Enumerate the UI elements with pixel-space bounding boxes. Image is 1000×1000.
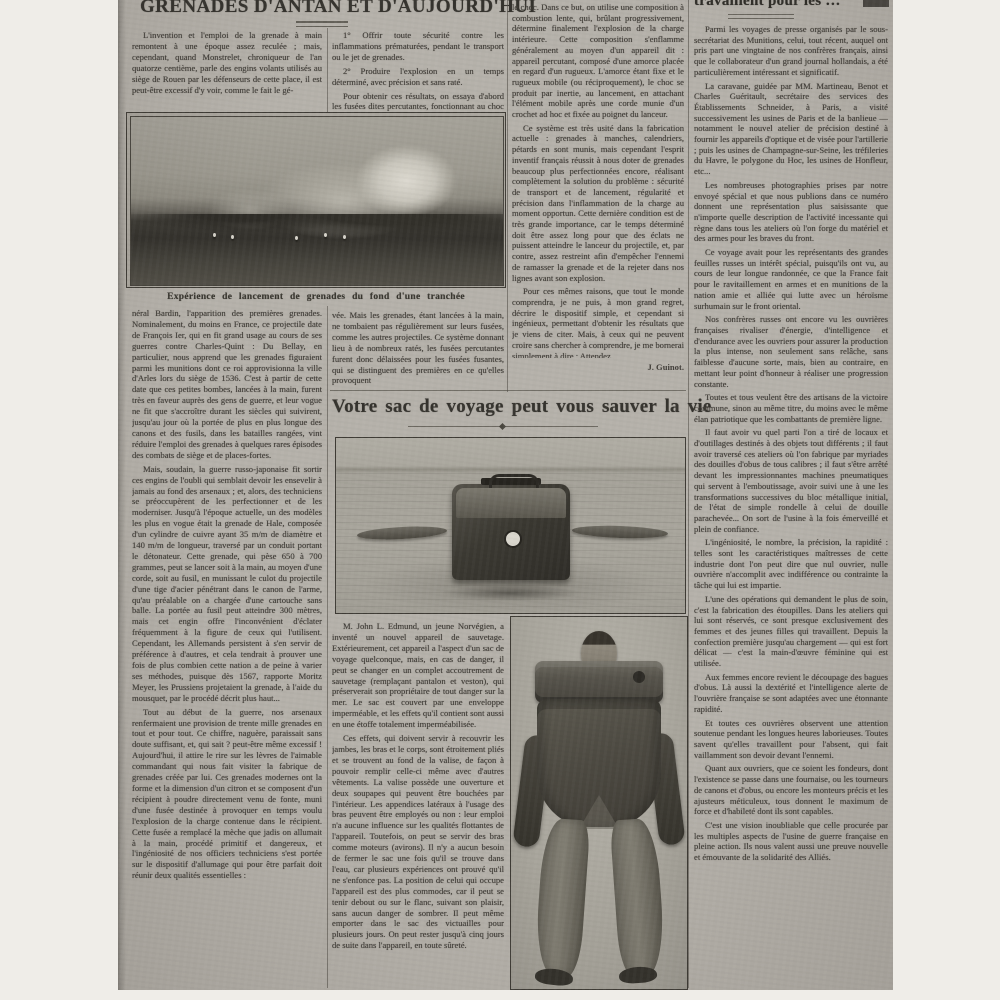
trench-ridge: [131, 214, 503, 238]
floating-bag-illustration: [335, 437, 686, 614]
paragraph: 2° Produire l'explosion en un temps déte…: [332, 66, 504, 88]
paragraph: L'une des opérations qui demandent le pl…: [694, 594, 888, 669]
soldier-figure: [295, 236, 298, 240]
paragraph: Pour obtenir ces résultats, on essaya d'…: [332, 91, 504, 112]
sac-body: M. John L. Edmund, un jeune Norvégien, a…: [332, 621, 504, 988]
battlefield-photo-caption: Expérience de lancement de grenades du f…: [126, 292, 506, 302]
paragraph: vée. Mais les grenades, étant lancées à …: [332, 310, 504, 386]
paragraph: néral Bardin, l'apparition des premières…: [132, 308, 322, 461]
scan-margin-right: [893, 0, 1000, 1000]
soldier-figure: [343, 235, 346, 239]
usines-body: Parmi les voyages de presse organisés pa…: [694, 24, 888, 986]
newspaper-page: GRENADES D'ANTAN ET D'AUJOURD'HUI L'inve…: [118, 0, 893, 990]
suit-leg-left: [534, 818, 591, 979]
grenades-headline: GRENADES D'ANTAN ET D'AUJOURD'HUI: [140, 0, 502, 18]
paragraph: Toutes et tous veulent être des artisans…: [694, 392, 888, 424]
paragraph: Les nombreuses photographies prises par …: [694, 180, 888, 244]
paragraph: le choc. Dans ce but, on utilise une com…: [512, 2, 684, 120]
bag-flap: [456, 488, 566, 518]
headline-underline: [408, 426, 598, 427]
scan-margin-bottom: [118, 990, 893, 1000]
grenades-col2-body: vée. Mais les grenades, étant lancées à …: [332, 310, 504, 390]
soldier-figure: [213, 233, 216, 237]
paragraph: Ce système est très usité dans la fabric…: [512, 123, 684, 284]
battlefield-photo: [126, 112, 506, 288]
grenades-col2-intro: 1° Offrir toute sécurité contre les infl…: [332, 30, 504, 112]
suit-torso: [537, 699, 661, 827]
section-rule: [330, 390, 686, 391]
paragraph: Et toutes ces ouvrières observent une at…: [694, 718, 888, 761]
paragraph: Il faut avoir vu quel parti l'on a tiré …: [694, 427, 888, 534]
travel-bag: [452, 484, 570, 580]
bag-reflection: [441, 585, 581, 601]
grenades-col3-body: le choc. Dans ce but, on utilise une com…: [512, 2, 684, 358]
paragraph: C'est une vision inoubliable que celle p…: [694, 820, 888, 863]
newspaper-scan: { "article_grenades": { "title": "GRENAD…: [0, 0, 1000, 1000]
column-rule: [507, 0, 508, 392]
usines-headline-cut: travaillent pour les …: [694, 0, 888, 11]
bag-handle: [489, 474, 539, 489]
paragraph: Tout au début de la guerre, nos arsenaux…: [132, 707, 322, 882]
usines-column: travaillent pour les … Parmi les voyages…: [694, 0, 888, 990]
bag-clasp: [504, 530, 522, 548]
grenades-signature: J. Guinot.: [512, 362, 698, 376]
scan-margin-left: [0, 0, 118, 1000]
paragraph: Aux femmes encore revient le découpage d…: [694, 672, 888, 715]
grenades-col1-body: néral Bardin, l'apparition des premières…: [132, 308, 322, 986]
column-rule: [327, 306, 328, 988]
column-rule: [688, 0, 689, 988]
paragraph: Ce voyage avait pour les représentants d…: [694, 247, 888, 311]
paragraph: Mais, soudain, la guerre russo-japonaise…: [132, 464, 322, 704]
paragraph: M. John L. Edmund, un jeune Norvégien, a…: [332, 621, 504, 730]
battlefield-photo-scene: [130, 116, 504, 286]
headline-ornament: [296, 21, 348, 27]
paragraph: Ces effets, qui doivent servir à recouvr…: [332, 733, 504, 951]
sac-headline: Votre sac de voyage peut vous sauver la …: [332, 396, 686, 418]
paragraph: 1° Offrir toute sécurité contre les infl…: [332, 30, 504, 63]
survival-suit-illustration: [510, 616, 688, 990]
paragraph: Quant aux ouvriers, que ce soient les fo…: [694, 763, 888, 817]
suit-leg-right: [610, 818, 667, 979]
paragraph: Parmi les voyages de presse organisés pa…: [694, 24, 888, 78]
paragraph: L'ingéniosité, le nombre, la précision, …: [694, 537, 888, 591]
paragraph: Nos confrères russes ont encore vu les o…: [694, 314, 888, 389]
paragraph: L'invention et l'emploi de la grenade à …: [132, 30, 322, 95]
grenades-col1-intro: L'invention et l'emploi de la grenade à …: [132, 30, 322, 112]
column-rule: [327, 28, 328, 112]
suit-collar-bag: [535, 661, 663, 703]
paragraph: La caravane, guidée par MM. Martineau, B…: [694, 81, 888, 177]
paragraph: Pour ces mêmes raisons, que tout le mond…: [512, 286, 684, 358]
usines-headline-rule: [728, 14, 794, 19]
usines-headline-text: travaillent pour les …: [694, 0, 841, 10]
